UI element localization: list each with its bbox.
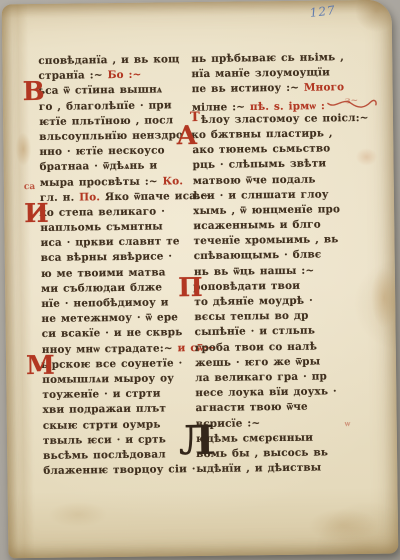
- parchment-stain: [355, 148, 377, 166]
- text-segment: ыдѣнїи , и дѣиствы: [196, 462, 321, 476]
- text-line: хымь , ѿ юнцменїе про: [193, 202, 353, 219]
- illuminated-initial: Л: [179, 436, 192, 446]
- text-line: гл. н. По. Яко ѿпаче иса:~: [40, 189, 190, 206]
- text-line: мыра просвѣты :~ Ко.: [40, 174, 190, 191]
- illuminated-initial: И: [24, 209, 35, 219]
- text-segment: напльомь съмнтны: [40, 221, 163, 234]
- text-segment: блаженнѥ творцоу сіи ·: [43, 463, 195, 477]
- text-segment: сповѣданїа , и вь кощ: [38, 53, 179, 67]
- text-segment: вомь бы , высось вь: [196, 446, 328, 460]
- text-line: несе лоука вїи доухь ·: [195, 384, 355, 401]
- text-segment: Много: [304, 82, 344, 94]
- text-segment: Ко.: [162, 175, 183, 187]
- text-segment: роповѣдати твои: [193, 280, 300, 293]
- text-line: го , благолѣпїе · при: [39, 98, 189, 115]
- text-segment: нь вь ѿць нашы :~: [194, 264, 315, 277]
- text-segment: не метежнмоу · ѿ ере: [41, 311, 178, 325]
- text-line: ако тюнемь сьмьство: [192, 141, 352, 158]
- text-segment: хви подражаи плът: [43, 403, 167, 417]
- text-segment: вьсѣмь послѣдовал: [43, 448, 166, 461]
- text-segment: сыпѣнїе · и стльпь: [195, 325, 316, 338]
- text-line: теченїе хромыимь , вь: [193, 232, 353, 249]
- text-segment: помышлѧи мыроу оу: [42, 372, 174, 386]
- text-segment: Бо :~: [107, 69, 141, 81]
- text-line: ѥтїе пльтїною , посл: [39, 113, 189, 130]
- text-segment: ю ме твоими матва: [41, 266, 166, 280]
- marginal-rubric-mark: са: [24, 182, 35, 192]
- text-segment: вєсы теплы во др: [194, 310, 308, 323]
- folio-number: 127: [309, 3, 336, 20]
- text-segment: нїе · непобѣдимоу и: [41, 296, 169, 310]
- text-line: нноу мнѡ страдате:~ и сѿ:~: [42, 341, 192, 358]
- text-segment: ѥтїе пльтїною , посл: [39, 114, 173, 128]
- parchment-stain: [48, 501, 108, 528]
- text-segment: тоуженїе · и стрти: [42, 388, 160, 401]
- text-segment: По.: [79, 191, 105, 203]
- text-segment: ми съблюдаи блже: [41, 281, 162, 294]
- text-segment: ко бжтвны пластирь ,: [191, 127, 333, 141]
- illuminated-initial: М: [26, 361, 37, 371]
- text-segment: братнаа · ѿдѣѧнь и: [40, 160, 158, 173]
- text-segment: ако тюнемь сьмьство: [192, 143, 330, 157]
- text-line: вса вѣрны явѣрисе ·: [41, 250, 191, 267]
- manuscript-photo: 127 сповѣданїа , и вь кощстранїа :~ Бо :…: [0, 0, 400, 560]
- text-segment: теченїе хромыимь , вь: [193, 234, 338, 248]
- text-segment: пе вь истиноу :~: [192, 82, 304, 95]
- marginal-rubric-mark: ѡ: [345, 418, 351, 429]
- text-segment: нноу мнѡ страдате:~: [42, 342, 178, 356]
- text-segment: иса · цркви славнт те: [40, 235, 179, 249]
- parchment-stain: [308, 508, 378, 543]
- illuminated-initial: В: [23, 87, 34, 97]
- text-segment: нь прѣбываѥ сь ньімь ,: [191, 51, 344, 65]
- text-line: вльсоупльнїю ненздро: [39, 128, 189, 145]
- text-segment: ла великаго гра · пр: [195, 370, 327, 384]
- text-line: блаженнѥ творцоу сіи ·: [43, 462, 193, 479]
- text-segment: ѣси · и слншати глоу: [193, 188, 329, 202]
- text-segment: рць · слѣпымь звѣти: [193, 158, 327, 172]
- text-segment: си всакїе · и не скврь: [42, 327, 183, 341]
- text-segment: ырскоѥ все соунетїе ·: [41, 357, 183, 371]
- text-segment: жешь · ѥго же ѿры: [195, 355, 320, 369]
- text-segment: странїа :~: [38, 69, 107, 82]
- text-segment: вльсоупльнїю ненздро: [39, 129, 183, 143]
- text-segment: мыра просвѣты :~: [40, 175, 163, 188]
- manuscript-page: 127 сповѣданїа , и вь кощстранїа :~ Бо :…: [2, 0, 399, 558]
- text-segment: ко степа великаго ·: [39, 205, 165, 219]
- text-segment: ѣса ѿ стїина вышнѧ: [38, 84, 163, 98]
- text-segment: мілне :~: [192, 101, 250, 114]
- parchment-stain: [15, 132, 31, 166]
- left-text-column: сповѣданїа , и вь кощстранїа :~ Бо :~Вѣс…: [38, 52, 193, 479]
- text-segment: скыѥ стрти оумрь: [43, 418, 161, 431]
- text-segment: твыль ѥси · и срть: [43, 433, 166, 447]
- text-segment: исаженнымь и блго: [193, 219, 321, 233]
- text-segment: нно · ѥтїе нескоусо: [39, 145, 164, 159]
- text-segment: несе лоука вїи доухь ·: [195, 385, 337, 399]
- text-line: си всакїе · и не скврь: [42, 325, 192, 342]
- marginal-rubric-mark: з~: [345, 96, 358, 106]
- right-text-column: нь прѣбываѥ сь ньімь ,нїа манїе злоумоущ…: [191, 50, 356, 477]
- text-segment: ѣлоу зластомоу се поісл:~: [201, 112, 369, 126]
- text-segment: спѣвающымь · блвє: [194, 249, 322, 263]
- text-segment: агнасти твою ѿче: [196, 401, 308, 414]
- text-segment: то дѣянїе моудрѣ ·: [194, 295, 313, 308]
- text-segment: го , благолѣпїе · при: [39, 99, 172, 113]
- text-segment: нїа манїе злоумоущїи: [191, 67, 330, 81]
- illuminated-initial: А: [176, 131, 187, 141]
- text-line: сповѣданїа , и вь кощ: [38, 52, 188, 69]
- text-line: ыдѣнїи , и дѣиствы: [196, 460, 356, 477]
- text-segment: матвою ѿче подаль: [193, 173, 316, 187]
- text-segment: хымь , ѿ юнцменїе про: [193, 203, 340, 217]
- text-segment: вса вѣрны явѣрисе ·: [41, 251, 173, 265]
- illuminated-initial: П: [178, 283, 189, 293]
- text-segment: гроба твои со налѣ: [195, 340, 317, 353]
- text-line: мілне :~ пѣ. ѕ. ірмѡ :: [192, 96, 352, 113]
- text-line: помышлѧи мыроу оу: [42, 371, 192, 388]
- parchment-stain: [371, 268, 398, 328]
- text-line: Мырскоѥ все соунетїе ·: [42, 356, 192, 373]
